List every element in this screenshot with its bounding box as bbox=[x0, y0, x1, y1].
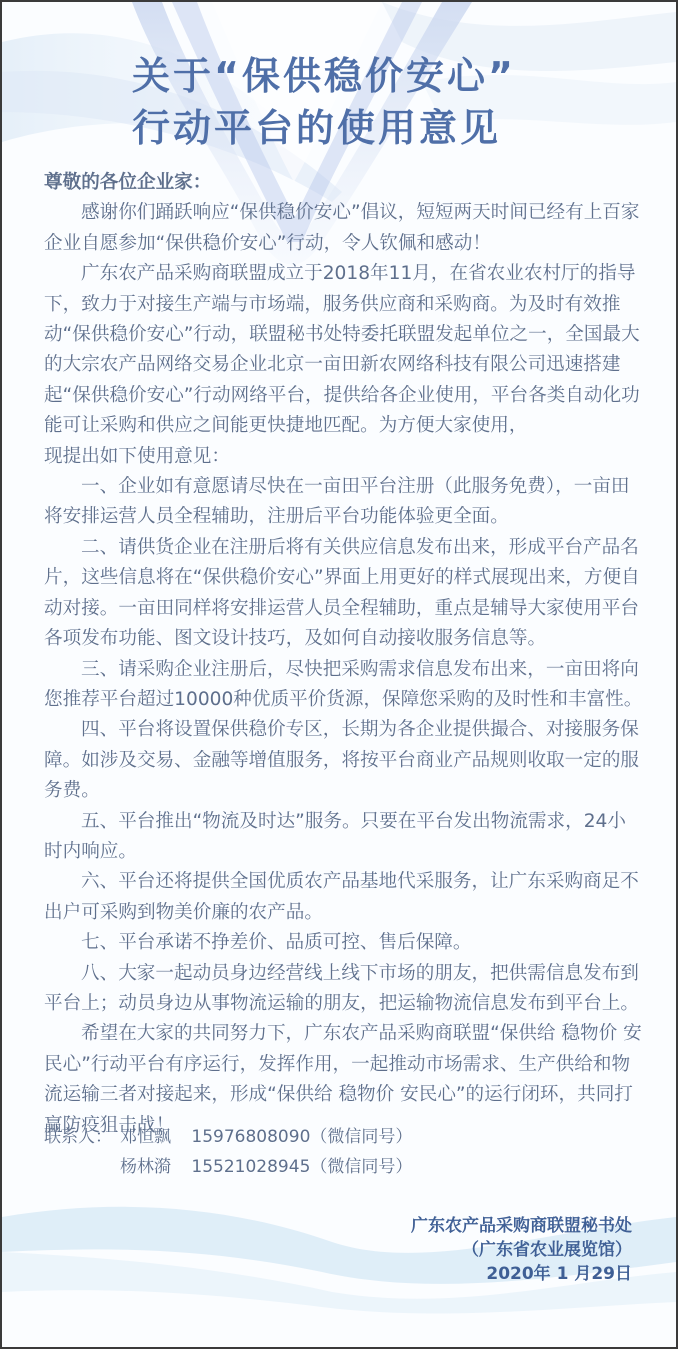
signature-org: 广东农产品采购商联盟秘书处 bbox=[411, 1214, 632, 1238]
contact-note: （微信同号） bbox=[310, 1157, 412, 1177]
greeting: 尊敬的各位企业家： bbox=[44, 168, 644, 198]
document-content: 关于“保供稳价安心” 行动平台的使用意见 尊敬的各位企业家： 感谢你们踊跃响应“… bbox=[2, 2, 676, 1347]
contacts-section: 联系人：邓恒飘 15976808090（微信同号） 杨林漪 1552102894… bbox=[44, 1122, 544, 1182]
paragraph: 四、平台将设置保供稳价专区，长期为各企业提供撮合、对接服务保障。如涉及交易、金融… bbox=[44, 715, 644, 806]
contact-row: 杨林漪 15521028945（微信同号） bbox=[44, 1152, 544, 1182]
paragraph: 一、企业如有意愿请尽快在一亩田平台注册（此服务免费），一亩田将安排运营人员全程辅… bbox=[44, 472, 644, 533]
paragraph: 八、大家一起动员身边经营线上线下市场的朋友，把供需信息发布到平台上；动员身边从事… bbox=[44, 959, 644, 1020]
paragraph: 六、平台还将提供全国优质农产品基地代采服务，让广东采购商足不出户可采购到物美价廉… bbox=[44, 867, 644, 928]
title-line-2: 行动平台的使用意见 bbox=[132, 102, 552, 154]
poster-frame: 关于“保供稳价安心” 行动平台的使用意见 尊敬的各位企业家： 感谢你们踊跃响应“… bbox=[0, 0, 678, 1349]
signature-block: 广东农产品采购商联盟秘书处 （广东省农业展览馆） 2020年 1 月29日 bbox=[411, 1214, 632, 1286]
contact-phone: 15521028945 bbox=[191, 1157, 310, 1177]
contacts-label: 联系人： bbox=[44, 1122, 120, 1152]
signature-sub-org: （广东省农业展览馆） bbox=[411, 1238, 632, 1262]
paragraph: 感谢你们踊跃响应“保供稳价安心”倡议，短短两天时间已经有上百家企业自愿参加“保供… bbox=[44, 198, 644, 259]
paragraph: 七、平台承诺不挣差价、品质可控、售后保障。 bbox=[44, 928, 644, 958]
paragraph: 现提出如下使用意见： bbox=[44, 442, 644, 472]
contact-row: 联系人：邓恒飘 15976808090（微信同号） bbox=[44, 1122, 544, 1152]
contact-name: 杨林漪 bbox=[120, 1152, 186, 1182]
page-title: 关于“保供稳价安心” 行动平台的使用意见 bbox=[132, 50, 552, 154]
letter-body: 尊敬的各位企业家： 感谢你们踊跃响应“保供稳价安心”倡议，短短两天时间已经有上百… bbox=[44, 168, 644, 1141]
paragraph: 二、请供货企业在注册后将有关供应信息发布出来，形成平台产品名片，这些信息将在“保… bbox=[44, 533, 644, 655]
paragraph: 五、平台推出“物流及时达”服务。只要在平台发出物流需求，24小时内响应。 bbox=[44, 807, 644, 868]
contact-note: （微信同号） bbox=[310, 1127, 412, 1147]
paragraph: 三、请采购企业注册后，尽快把采购需求信息发布出来，一亩田将向您推荐平台超过100… bbox=[44, 655, 644, 716]
paragraph: 广东农产品采购商联盟成立于2018年11月，在省农业农村厅的指导下，致力于对接生… bbox=[44, 259, 644, 441]
contact-name: 邓恒飘 bbox=[120, 1122, 186, 1152]
title-line-1: 关于“保供稳价安心” bbox=[132, 50, 552, 102]
signature-date: 2020年 1 月29日 bbox=[411, 1262, 632, 1286]
contact-phone: 15976808090 bbox=[191, 1127, 310, 1147]
